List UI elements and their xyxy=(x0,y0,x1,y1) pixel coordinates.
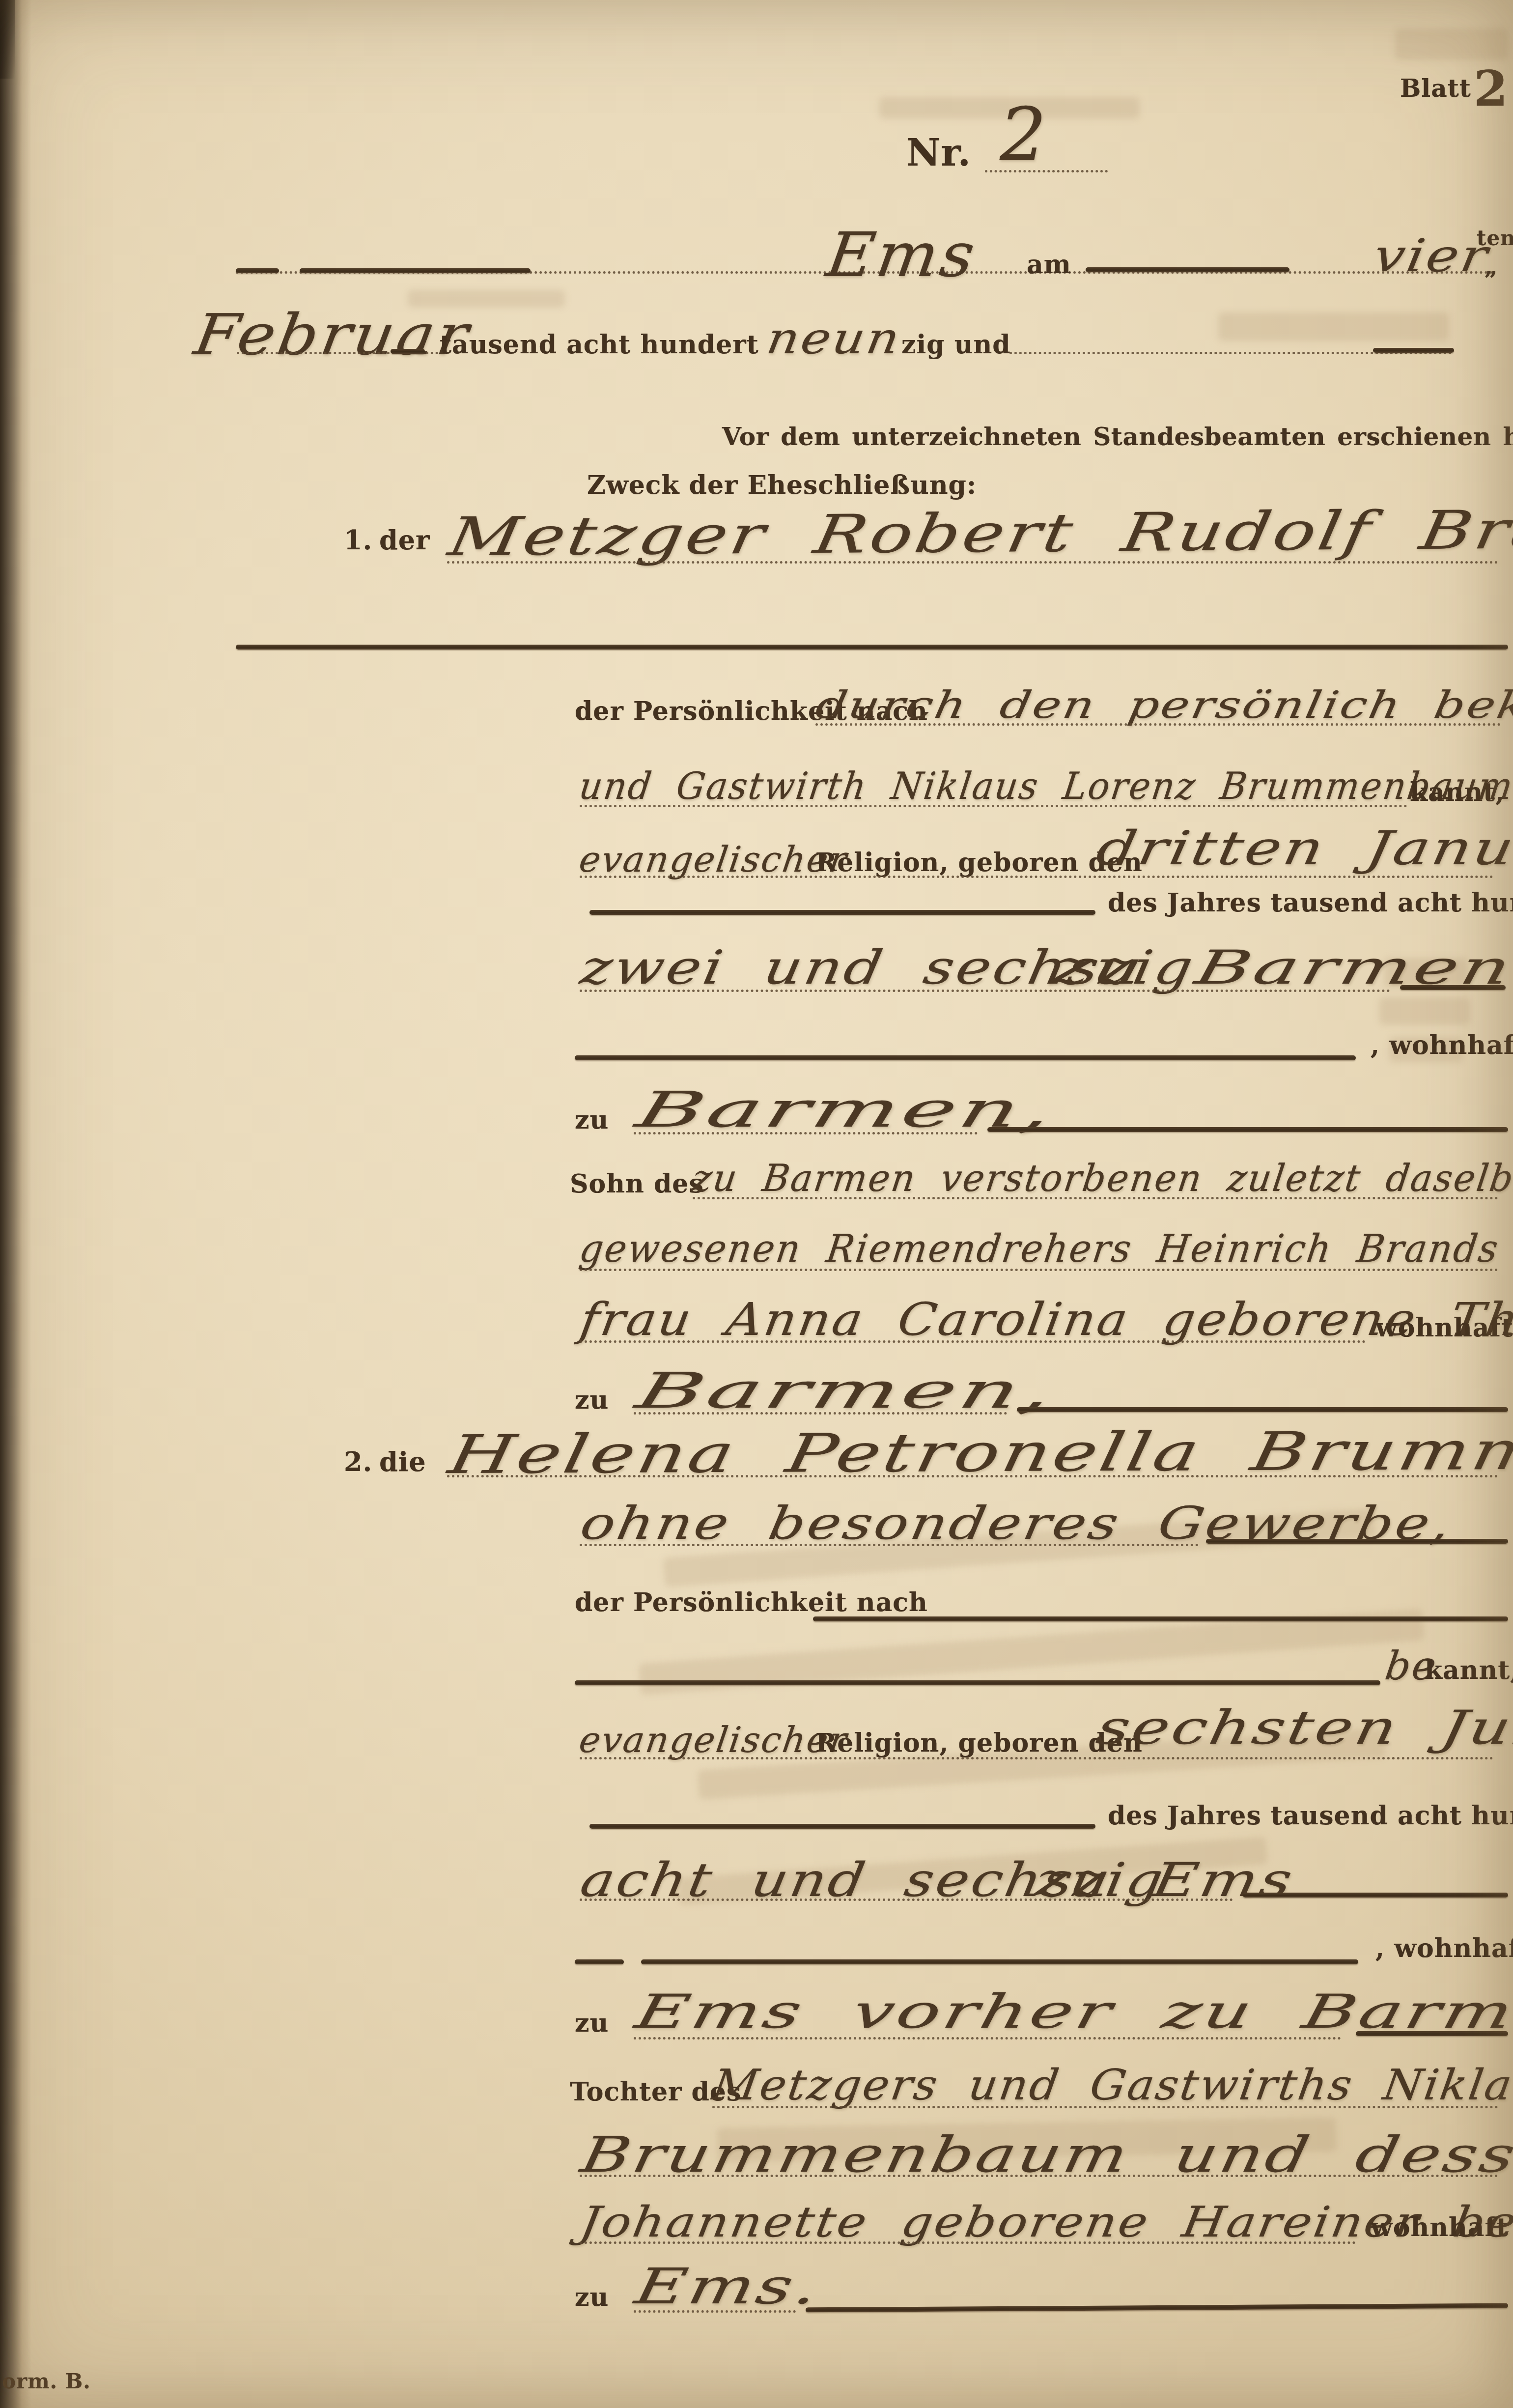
bride-descent-entry1: Metzgers und Gastwirths Niklaus Lorenz xyxy=(710,2064,1513,2106)
groom-birthplace-entry: zu Barmen xyxy=(1046,945,1513,992)
bride-residence-entry: Ems vorher zu Barmen, xyxy=(631,1989,1513,2036)
groom-descent-entry3: frau Anna Carolina geborene Thomas xyxy=(577,1297,1513,1342)
bride-descent-wohnhaft: wohnhaft xyxy=(1371,2215,1509,2240)
bride-identity-suffix: kannt, xyxy=(1425,1658,1513,1683)
strike-segment xyxy=(1400,985,1506,990)
groom-descent-rule2 xyxy=(580,1269,1498,1271)
marriage-register-scan: Blatt 2 Nr. 2 Ems am vier ten „ Februar … xyxy=(0,0,1513,2408)
groom-name-entry: Metzger Robert Rudolf Brands, xyxy=(445,503,1513,564)
strike-segment xyxy=(236,268,279,273)
bride-name-entry: Helena Petronella Brummenbaum xyxy=(445,1423,1513,1482)
bride-residence-rule xyxy=(634,2037,1341,2040)
form-footer: orm. B. xyxy=(2,2371,91,2392)
groom-residence-rule xyxy=(634,1132,978,1134)
bride-identity-label: der Persönlichkeit nach xyxy=(575,1590,928,1615)
nr-value: 2 xyxy=(1000,98,1049,172)
bleedthrough-smudge xyxy=(1395,28,1508,60)
month-entry: Februar xyxy=(191,307,475,364)
blank-line-strike xyxy=(575,1680,1380,1685)
strike-segment xyxy=(1086,267,1289,272)
strike-segment xyxy=(1243,1893,1508,1898)
sheet-label: Blatt xyxy=(1400,76,1471,101)
bride-residence-label: zu xyxy=(575,2011,609,2036)
groom-parents-residence-entry: Barmen, xyxy=(631,1366,1061,1416)
bride-descent-entry2: Brummenbaum und dessen Ehefrau xyxy=(577,2130,1513,2180)
strike-segment xyxy=(806,2303,1508,2313)
groom-descent-rule3 xyxy=(580,1340,1366,1343)
day-suffix: ten xyxy=(1477,228,1513,249)
day-entry: vier xyxy=(1371,233,1493,279)
strike-segment xyxy=(391,349,425,354)
groom-religion-rule xyxy=(580,876,1493,878)
place-entry: Ems xyxy=(823,225,981,286)
groom-identity-entry1: durch den persönlich bekannten Metzger xyxy=(813,686,1513,724)
blank-line-strike xyxy=(813,1616,1508,1621)
year-printed-pre: tausend acht hundert xyxy=(440,332,759,358)
footnote-mark: „ xyxy=(1485,255,1498,278)
bride-religion-entry: evangelischer xyxy=(577,1722,850,1757)
sheet-number: 2 xyxy=(1474,64,1509,113)
groom-name-rule xyxy=(447,561,1498,564)
groom-descent-entry2: gewesenen Riemendrehers Heinrich Brands … xyxy=(577,1230,1513,1268)
groom-index: 1. xyxy=(344,527,372,553)
book-corner-shadow xyxy=(0,0,15,79)
preamble-line2: Zweck der Eheschließung: xyxy=(587,473,977,498)
groom-article: der xyxy=(379,527,430,553)
bride-index: 2. xyxy=(344,1448,372,1475)
nr-underline xyxy=(985,170,1108,172)
groom-parents-residence-rule xyxy=(634,1412,1007,1415)
bride-birthday-entry: sechsten Juli xyxy=(1093,1705,1513,1752)
groom-birth-rule xyxy=(580,990,1390,992)
book-gutter-shadow xyxy=(0,0,31,2408)
bride-name-rule xyxy=(447,1475,1498,1477)
strike-segment xyxy=(641,1959,1358,1964)
bride-article: die xyxy=(379,1448,426,1475)
bride-wohnhaft-label: , wohnhaft xyxy=(1375,1936,1513,1961)
groom-identity-entry2: und Gastwirth Niklaus Lorenz Brummenbaum… xyxy=(577,767,1513,805)
bride-descent-rule3 xyxy=(580,2241,1356,2244)
groom-identity-suffix: kannt, xyxy=(1410,780,1505,805)
bride-descent-rule1 xyxy=(712,2106,1498,2108)
bride-occupation-rule xyxy=(580,1544,1199,1546)
bleedthrough-smudge xyxy=(1218,312,1449,341)
bride-parents-residence-entry: Ems. xyxy=(631,2262,824,2311)
year-printed-post: zig und xyxy=(901,332,1011,358)
groom-identity-rule1 xyxy=(815,723,1501,726)
blank-line-strike xyxy=(589,910,1095,915)
groom-parents-residence-label: zu xyxy=(575,1388,609,1413)
blank-line-strike xyxy=(589,1824,1095,1829)
groom-year-label: des Jahres tausend acht hundert xyxy=(1108,890,1513,916)
groom-religion-entry: evangelischer xyxy=(577,842,850,877)
strike-segment xyxy=(987,1127,1508,1132)
groom-identity-rule2 xyxy=(580,805,1407,807)
bride-year-label: des Jahres tausend acht hundert xyxy=(1108,1803,1513,1829)
bride-religion-rule xyxy=(580,1757,1493,1759)
strike-segment xyxy=(575,1959,624,1964)
bride-birth-rule xyxy=(580,1898,1233,1901)
bride-parents-residence-label: zu xyxy=(575,2285,609,2310)
year-entry: neun xyxy=(764,317,904,360)
strike-segment xyxy=(1356,2031,1508,2036)
groom-descent-wohnhaft: wohnhaft xyxy=(1375,1315,1513,1341)
strike-segment xyxy=(1206,1539,1508,1544)
strike-segment xyxy=(300,268,531,273)
strike-segment xyxy=(1017,1407,1508,1412)
groom-wohnhaft-label: , wohnhaft xyxy=(1371,1033,1513,1058)
bride-descent-rule2 xyxy=(580,2175,1498,2177)
strike-segment xyxy=(1373,348,1454,353)
nr-label: Nr. xyxy=(906,134,971,171)
bride-parents-residence-rule xyxy=(634,2310,796,2313)
am-label: am xyxy=(1027,252,1071,278)
groom-birthday-entry: dritten Januar xyxy=(1093,825,1513,872)
groom-descent-rule1 xyxy=(693,1197,1498,1199)
bleedthrough-smudge xyxy=(1379,997,1470,1025)
groom-residence-label: zu xyxy=(575,1107,609,1133)
preamble-line1: Vor dem unterzeichneten Standesbeamten e… xyxy=(722,425,1513,449)
groom-descent-entry1: zu Barmen verstorbenen zuletzt daselbst … xyxy=(690,1160,1513,1197)
blank-line-strike xyxy=(236,645,1508,650)
blank-line-strike xyxy=(575,1055,1356,1060)
groom-descent-label: Sohn des xyxy=(570,1171,704,1197)
